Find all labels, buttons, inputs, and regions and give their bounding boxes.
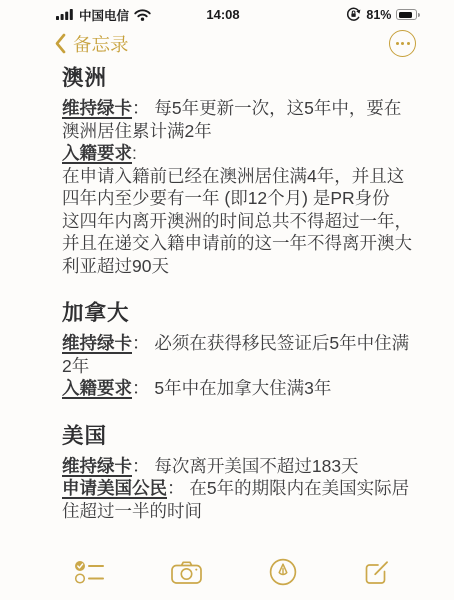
back-button-label: 备忘录 (73, 31, 129, 57)
note-line: 维持绿卡： 每次离开美国不超过183天 (62, 455, 416, 478)
line-text: 在申请入籍前已经在澳洲居住满4年，并且这四年内至少要有一年 (即12个月) 是P… (62, 166, 404, 209)
checklist-icon[interactable] (74, 559, 105, 585)
carrier-label: 中国电信 (79, 6, 129, 24)
term-label: 维持绿卡 (62, 98, 132, 118)
wifi-icon (134, 9, 151, 21)
section-australia: 澳洲 维持绿卡： 每5年更新一次，这5年中，要在澳洲居住累计满2年 入籍要求: … (62, 65, 416, 277)
line-text: : (132, 143, 137, 163)
line-text: 这四年内离开澳洲的时间总共不得超过一年，并且在递交入籍申请前的这一年不得离开澳大… (62, 211, 412, 276)
note-line: 入籍要求： 5年中在加拿大住满3年 (62, 377, 416, 400)
line-text: ： 每次离开美国不超过183天 (132, 456, 359, 476)
battery-icon (396, 9, 420, 20)
bottom-toolbar (0, 548, 454, 600)
markup-pen-icon[interactable] (269, 558, 297, 586)
section-title: 美国 (62, 423, 416, 450)
note-line: 申请美国公民： 在5年的期限内在美国实际居住超过一半的时间 (62, 477, 416, 522)
nav-bar: 备忘录 (0, 24, 454, 61)
line-text: ： 5年中在加拿大住满3年 (132, 378, 331, 398)
status-bar: 中国电信 14:08 81% (0, 0, 454, 24)
compose-icon[interactable] (363, 559, 390, 586)
note-body[interactable]: 澳洲 维持绿卡： 每5年更新一次，这5年中，要在澳洲居住累计满2年 入籍要求: … (0, 61, 454, 522)
note-line: 这四年内离开澳洲的时间总共不得超过一年，并且在递交入籍申请前的这一年不得离开澳大… (62, 210, 416, 278)
camera-icon[interactable] (171, 561, 202, 584)
note-line: 维持绿卡： 每5年更新一次，这5年中，要在澳洲居住累计满2年 (62, 97, 416, 142)
section-title: 加拿大 (62, 300, 416, 327)
term-label: 申请美国公民 (62, 478, 167, 498)
section-title: 澳洲 (62, 65, 416, 92)
note-line: 在申请入籍前已经在澳洲居住满4年，并且这四年内至少要有一年 (即12个月) 是P… (62, 165, 416, 210)
section-usa: 美国 维持绿卡： 每次离开美国不超过183天 申请美国公民： 在5年的期限内在美… (62, 423, 416, 523)
battery-percent-label: 81% (366, 8, 391, 22)
back-chevron-icon (54, 33, 66, 54)
orientation-lock-icon (346, 7, 361, 22)
term-label: 维持绿卡 (62, 456, 132, 476)
signal-bars-icon (56, 9, 74, 20)
more-ellipsis-button[interactable] (389, 30, 416, 57)
section-canada: 加拿大 维持绿卡： 必须在获得移民签证后5年中住满2年 入籍要求： 5年中在加拿… (62, 300, 416, 400)
back-button[interactable]: 备忘录 (54, 31, 129, 57)
term-label: 入籍要求 (62, 143, 132, 163)
term-label: 入籍要求 (62, 378, 132, 398)
term-label: 维持绿卡 (62, 333, 132, 353)
note-line: 入籍要求: (62, 142, 416, 165)
note-line: 维持绿卡： 必须在获得移民签证后5年中住满2年 (62, 332, 416, 377)
